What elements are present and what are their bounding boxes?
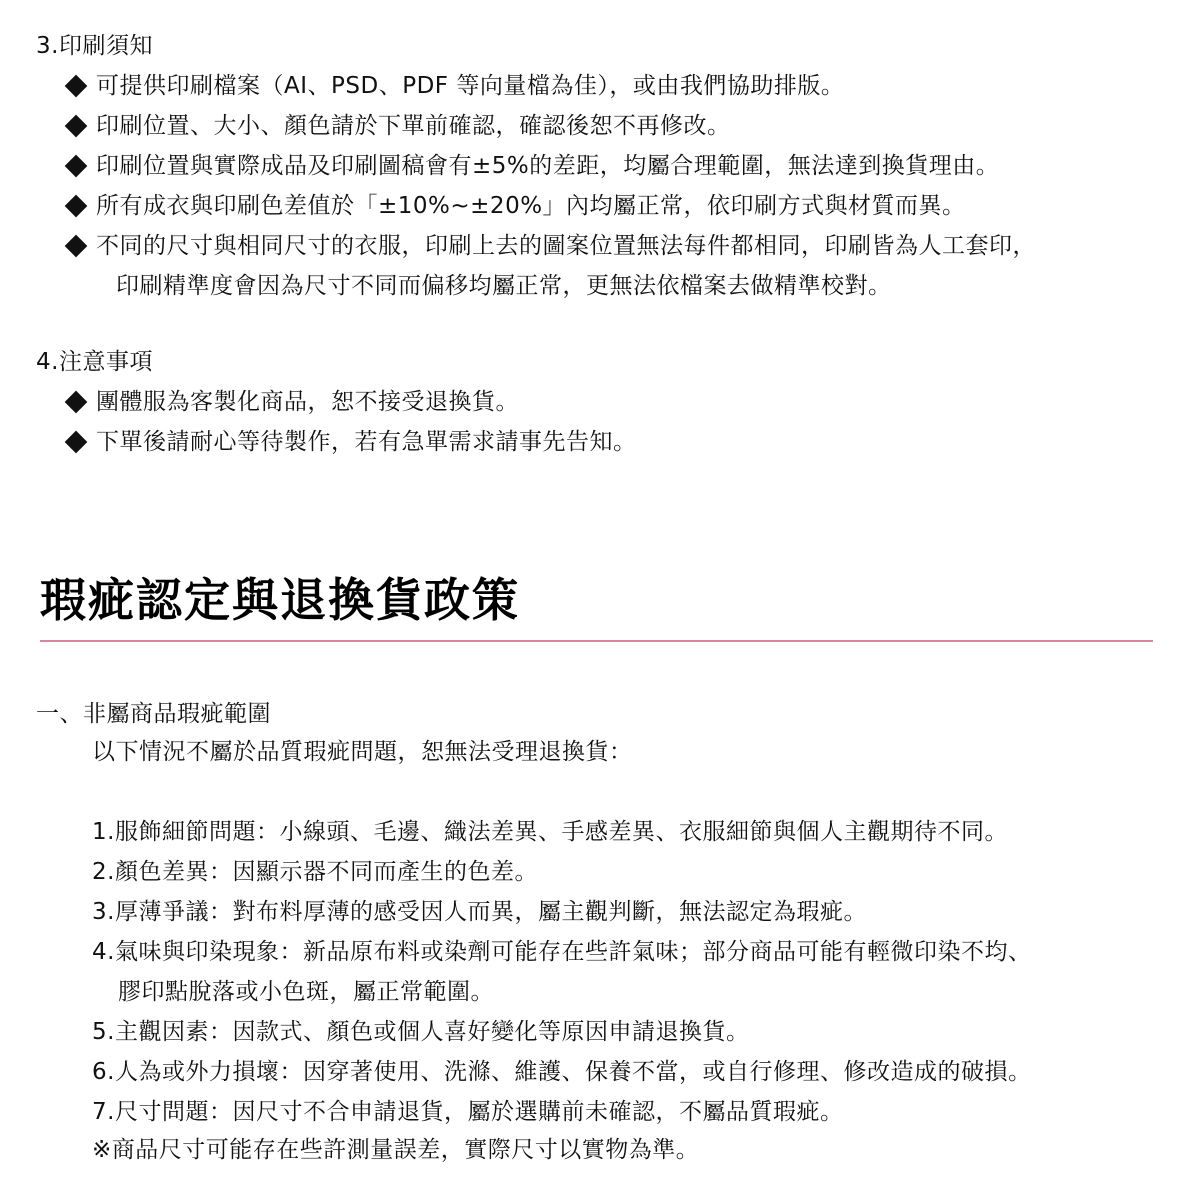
print-notice-bullet: 印刷位置、大小、顏色請於下單前確認，確認後恕不再修改。 (64, 111, 731, 141)
print-notice-heading: 3.印刷須知 (36, 31, 153, 61)
policy-item: 5.主觀因素：因款式、顏色或個人喜好變化等原因申請退換貨。 (92, 1017, 749, 1047)
bullet-text: 印刷位置、大小、顏色請於下單前確認，確認後恕不再修改。 (96, 111, 731, 141)
policy-item: 2.顏色差異：因顯示器不同而產生的色差。 (92, 857, 538, 887)
black-diamond-icon (65, 155, 88, 178)
policy-section-heading: 一、非屬商品瑕疵範圍 (36, 699, 271, 729)
bullet-text: 可提供印刷檔案（AI、PSD、PDF 等向量檔為佳），或由我們協助排版。 (96, 71, 844, 101)
print-notice-bullet: 可提供印刷檔案（AI、PSD、PDF 等向量檔為佳），或由我們協助排版。 (64, 71, 844, 101)
policy-item-continuation: 膠印點脫落或小色斑，屬正常範圍。 (118, 977, 494, 1007)
notes-bullet: 下單後請耐心等待製作，若有急單需求請事先告知。 (64, 427, 637, 457)
print-notice-bullet: 印刷位置與實際成品及印刷圖稿會有±5%的差距，均屬合理範圍，無法達到換貨理由。 (64, 151, 999, 181)
black-diamond-icon (65, 75, 88, 98)
black-diamond-icon (65, 115, 88, 138)
policy-intro: 以下情況不屬於品質瑕疵問題，恕無法受理退換貨： (92, 737, 633, 767)
policy-item: 6.人為或外力損壞：因穿著使用、洗滌、維護、保養不當，或自行修理、修改造成的破損… (92, 1057, 1031, 1087)
print-notice-bullet: 所有成衣與印刷色差值於「±10%~±20%」內均屬正常，依印刷方式與材質而異。 (64, 191, 966, 221)
page-title: 瑕疵認定與退換貨政策 (40, 572, 520, 628)
black-diamond-icon (65, 391, 88, 414)
bullet-text: 所有成衣與印刷色差值於「±10%~±20%」內均屬正常，依印刷方式與材質而異。 (96, 191, 966, 221)
policy-item: 1.服飾細節問題：小線頭、毛邊、織法差異、手感差異、衣服細節與個人主觀期待不同。 (92, 817, 1008, 847)
bullet-text: 團體服為客製化商品，恕不接受退換貨。 (96, 387, 519, 417)
black-diamond-icon (65, 431, 88, 454)
policy-item: 4.氣味與印染現象：新品原布料或染劑可能存在些許氣味；部分商品可能有輕微印染不均… (92, 937, 1031, 967)
bullet-text: 不同的尺寸與相同尺寸的衣服，印刷上去的圖案位置無法每件都相同，印刷皆為人工套印， (96, 231, 1036, 261)
black-diamond-icon (65, 195, 88, 218)
print-notice-bullet-continuation: 印刷精準度會因為尺寸不同而偏移均屬正常，更無法依檔案去做精準校對。 (116, 271, 892, 301)
policy-item: 7.尺寸問題：因尺寸不合申請退貨，屬於選購前未確認，不屬品質瑕疵。 (92, 1097, 843, 1127)
notes-bullet: 團體服為客製化商品，恕不接受退換貨。 (64, 387, 519, 417)
policy-item: 3.厚薄爭議：對布料厚薄的感受因人而異，屬主觀判斷，無法認定為瑕疵。 (92, 897, 867, 927)
notes-heading: 4.注意事項 (36, 347, 153, 377)
black-diamond-icon (65, 235, 88, 258)
bullet-text: 下單後請耐心等待製作，若有急單需求請事先告知。 (96, 427, 637, 457)
policy-footnote: ※商品尺寸可能存在些許測量誤差，實際尺寸以實物為準。 (92, 1135, 699, 1165)
title-divider (40, 640, 1153, 642)
bullet-text: 印刷位置與實際成品及印刷圖稿會有±5%的差距，均屬合理範圍，無法達到換貨理由。 (96, 151, 999, 181)
print-notice-bullet: 不同的尺寸與相同尺寸的衣服，印刷上去的圖案位置無法每件都相同，印刷皆為人工套印， (64, 231, 1036, 261)
